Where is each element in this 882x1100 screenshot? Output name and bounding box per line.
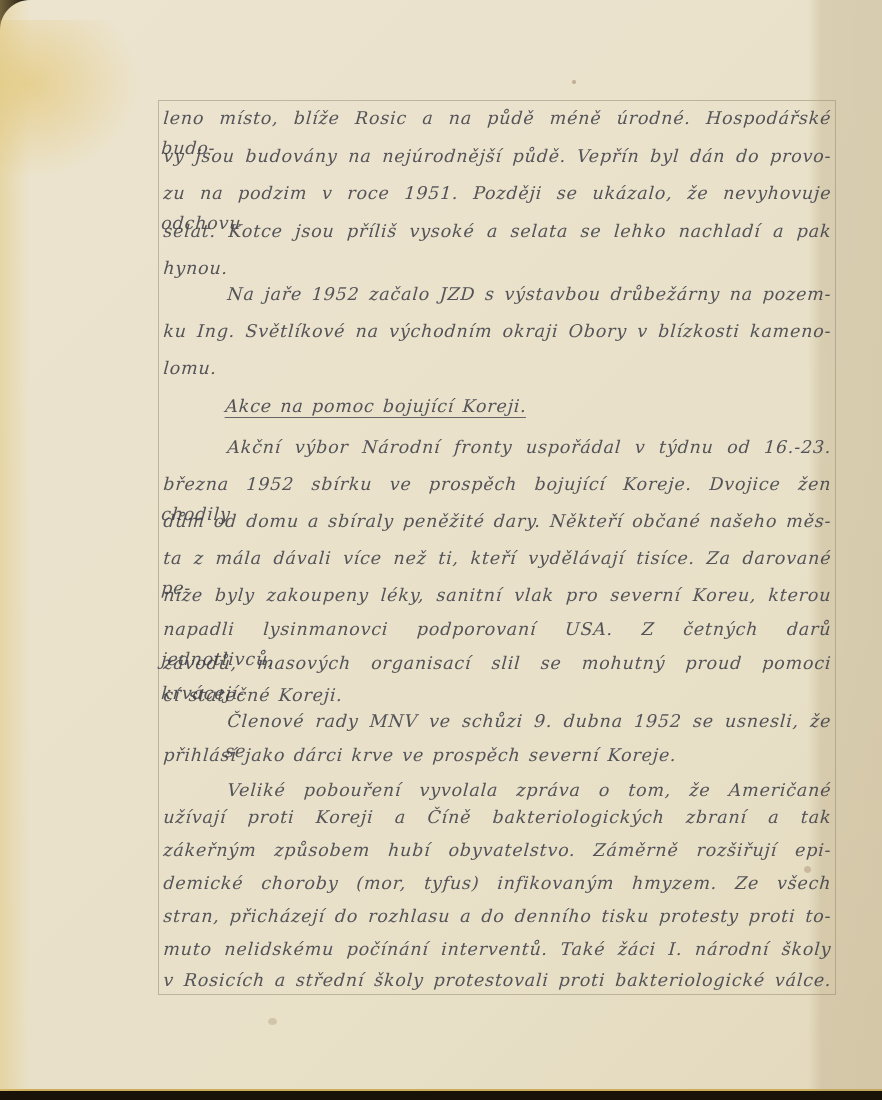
handwritten-line: stran, přicházejí do rozhlasu a do denní… <box>162 902 832 936</box>
book-bottom-edge <box>0 1091 882 1100</box>
paper-speckle <box>572 80 576 84</box>
section-heading: Akce na pomoc bojující Koreji. <box>224 392 528 426</box>
handwritten-line: března 1952 sbírku ve prospěch bojující … <box>162 470 832 504</box>
handwritten-line: zu na podzim v roce 1951. Později se uká… <box>162 179 832 213</box>
age-stain <box>0 20 140 180</box>
handwritten-line: demické choroby (mor, tyfus) infikovaným… <box>162 869 832 903</box>
handwritten-line: závodů, masových organisací slil se mohu… <box>162 649 832 683</box>
handwritten-line: ku Ing. Světlíkové na východním okraji O… <box>162 317 832 351</box>
handwritten-line: dům od domu a sbíraly peněžité dary. Něk… <box>162 507 832 541</box>
handwritten-line: Členové rady MNV ve schůzi 9. dubna 1952… <box>162 707 832 741</box>
handwritten-line: vy jsou budovány na nejúrodnější půdě. V… <box>162 142 832 176</box>
handwritten-line: užívají proti Koreji a Číně bakteriologi… <box>162 803 832 837</box>
paper-sheet: leno místo, blíže Rosic a na půdě méně ú… <box>0 0 882 1091</box>
handwritten-line: muto nelidskému počínání interventů. Tak… <box>162 935 832 969</box>
chronicle-scan: { "page": { "kind": "scanned handwritten… <box>0 0 882 1100</box>
paper-speckle <box>268 1018 277 1025</box>
handwritten-line: ta z mála dávali více než ti, kteří vydě… <box>162 544 832 578</box>
handwritten-line: níze byly zakoupeny léky, sanitní vlak p… <box>162 581 832 615</box>
handwritten-line: lomu. <box>162 354 832 388</box>
handwritten-line: Na jaře 1952 začalo JZD s výstavbou drůb… <box>162 280 832 314</box>
handwritten-line: napadli lysinmanovci podporovaní USA. Z … <box>162 615 832 649</box>
handwritten-line: přihlásí jako dárci krve ve prospěch sev… <box>162 741 832 775</box>
yellowed-left-edge <box>0 0 30 1091</box>
handwritten-line: selat. Kotce jsou příliš vysoké a selata… <box>162 217 832 251</box>
handwritten-line: Akční výbor Národní fronty uspořádal v t… <box>162 433 832 467</box>
handwritten-line: zákeřným způsobem hubí obyvatelstvo. Zám… <box>162 836 832 870</box>
handwritten-line: leno místo, blíže Rosic a na půdě méně ú… <box>162 104 832 138</box>
handwritten-line: v Rosicích a střední školy protestovali … <box>162 966 832 1000</box>
